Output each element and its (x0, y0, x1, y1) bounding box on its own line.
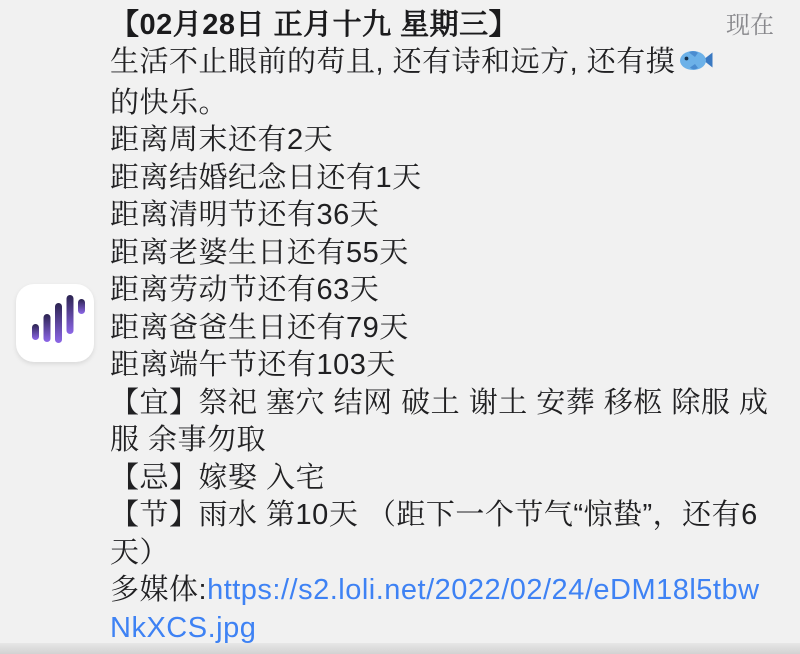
countdown-line-dragon-boat: 距离端午节还有103天 (110, 347, 774, 385)
screen-bottom-edge (0, 643, 800, 654)
countdown-line-qingming: 距离清明节还有36天 (110, 197, 774, 235)
notification-title: 【02月28日 正月十九 星期三】 (110, 6, 518, 44)
notification-card[interactable]: 【02月28日 正月十九 星期三】 现在 生活不止眼前的苟且, 还有诗和远方, … (110, 6, 774, 647)
media-line: 多媒体:https://s2.loli.net/2022/02/24/eDM18… (110, 572, 774, 647)
quote-line: 生活不止眼前的苟且, 还有诗和远方, 还有摸 的快乐。 (110, 44, 774, 122)
countdown-line-labor-day: 距离劳动节还有63天 (110, 272, 774, 310)
countdown-line-wife-birthday: 距离老婆生日还有55天 (110, 235, 774, 273)
notification-screen: 【02月28日 正月十九 星期三】 现在 生活不止眼前的苟且, 还有诗和远方, … (0, 0, 800, 654)
countdown-line-dad-birthday: 距离爸爸生日还有79天 (110, 310, 774, 348)
waveform-bars-icon (16, 282, 94, 365)
media-link[interactable]: https://s2.loli.net/2022/02/24/eDM18l5tb… (110, 574, 760, 644)
quote-text-continued: 的快乐。 (110, 85, 774, 123)
fish-icon (679, 47, 713, 85)
media-label: 多媒体: (110, 574, 207, 606)
notification-timestamp: 现在 (726, 11, 774, 41)
quote-text: 生活不止眼前的苟且, 还有诗和远方, 还有摸 (110, 46, 675, 78)
almanac-suitable-line: 【宜】祭祀 塞穴 结网 破土 谢土 安葬 移柩 除服 成服 余事勿取 (110, 385, 774, 460)
almanac-solar-term-line: 【节】雨水 第10天 （距下一个节气“惊蛰”，还有6天） (110, 497, 774, 572)
notification-header: 【02月28日 正月十九 星期三】 现在 (110, 6, 774, 44)
countdown-line-anniversary: 距离结婚纪念日还有1天 (110, 160, 774, 198)
almanac-avoid-line: 【忌】嫁娶 入宅 (110, 460, 774, 498)
app-icon[interactable] (16, 284, 94, 362)
countdown-line-weekend: 距离周末还有2天 (110, 122, 774, 160)
